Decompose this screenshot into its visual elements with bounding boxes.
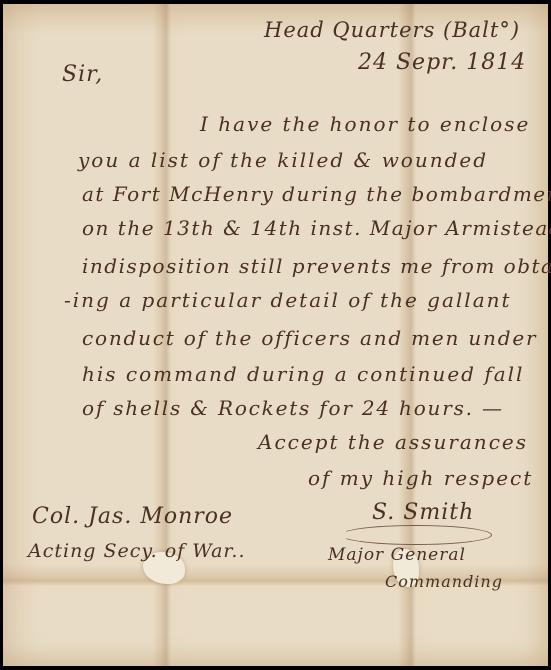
addressee-title: Acting Secy. of War..: [28, 540, 246, 562]
letter-date: 24 Sepr. 1814: [358, 50, 526, 75]
signature-title-1: Major General: [328, 545, 466, 565]
body-line-1: I have the honor to enclose: [200, 112, 530, 136]
signature-name: S. Smith: [372, 500, 474, 525]
closing-line-1: Accept the assurances: [258, 430, 528, 454]
salutation: Sir,: [62, 62, 103, 87]
closing-line-2: of my high respect: [308, 466, 533, 490]
body-line-2: you a list of the killed & wounded: [78, 148, 488, 172]
body-line-8: his command during a continued fall: [82, 362, 524, 386]
signature-flourish: [340, 525, 492, 545]
addressee-name: Col. Jas. Monroe: [32, 504, 233, 529]
body-line-7: conduct of the officers and men under: [82, 326, 537, 350]
body-line-6: -ing a particular detail of the gallant: [64, 288, 512, 312]
letter-place: Head Quarters (Balt°): [264, 18, 520, 42]
body-line-4: on the 13th & 14th inst. Major Armistead…: [82, 216, 551, 240]
body-line-9: of shells & Rockets for 24 hours. —: [82, 396, 504, 420]
signature-title-2: Commanding: [385, 572, 503, 591]
body-line-3: at Fort McHenry during the bombardment: [82, 182, 551, 206]
body-line-5: indisposition still prevents me from obt…: [82, 254, 551, 278]
